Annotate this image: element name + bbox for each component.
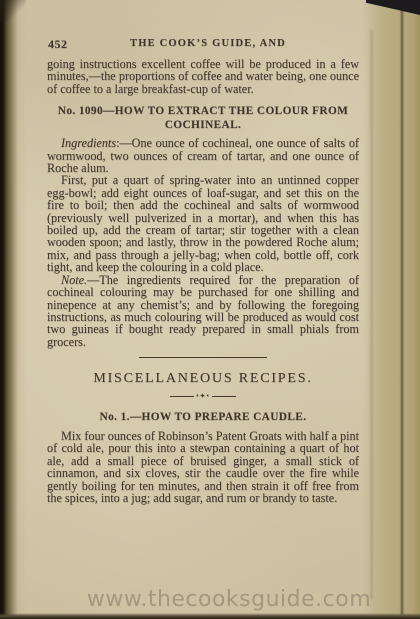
ingredients-paragraph: Ingredients:—One ounce of cochineal, one… xyxy=(47,137,359,174)
note-paragraph: Note.—The ingredients required for the p… xyxy=(47,274,359,348)
ornament-flourish-icon: •✦• xyxy=(194,393,212,400)
ornament-bar-left xyxy=(170,396,194,397)
dark-corner-top-left xyxy=(0,0,26,22)
page-crease-line xyxy=(400,8,404,615)
caudle-paragraph: Mix four ounces of Robinson’s Patent Gro… xyxy=(47,430,359,504)
book-bottom-edge xyxy=(0,613,420,619)
section-ornament: •✦• xyxy=(47,393,359,400)
page-header: 452 THE COOK’S GUIDE, AND xyxy=(47,38,359,52)
note-text: —The ingredients required for the prepar… xyxy=(47,273,359,349)
section-title: MISCELLANEOUS RECIPES. xyxy=(47,373,359,385)
section-divider-rule xyxy=(139,357,267,358)
book-page-scan: 452 THE COOK’S GUIDE, AND going instruct… xyxy=(0,0,420,619)
printed-page-content: 452 THE COOK’S GUIDE, AND going instruct… xyxy=(47,38,359,504)
page-crease-soft xyxy=(370,30,373,599)
paragraph-coffee-conclusion: going instructions excellent coffee will… xyxy=(47,58,359,95)
book-left-edge xyxy=(0,0,26,619)
page-number: 452 xyxy=(48,38,68,50)
running-title: THE COOK’S GUIDE, AND xyxy=(47,38,359,50)
ornament-bar-right xyxy=(212,396,236,397)
recipe-heading-caudle: No. 1.—HOW TO PREPARE CAUDLE. xyxy=(47,411,359,425)
method-paragraph: First, put a quart of spring-water into … xyxy=(47,174,359,273)
recipe-heading-1090: No. 1090—HOW TO EXTRACT THE COLOUR FROM … xyxy=(47,105,359,132)
watermark-text: www.thecooksguide.com xyxy=(38,587,420,612)
